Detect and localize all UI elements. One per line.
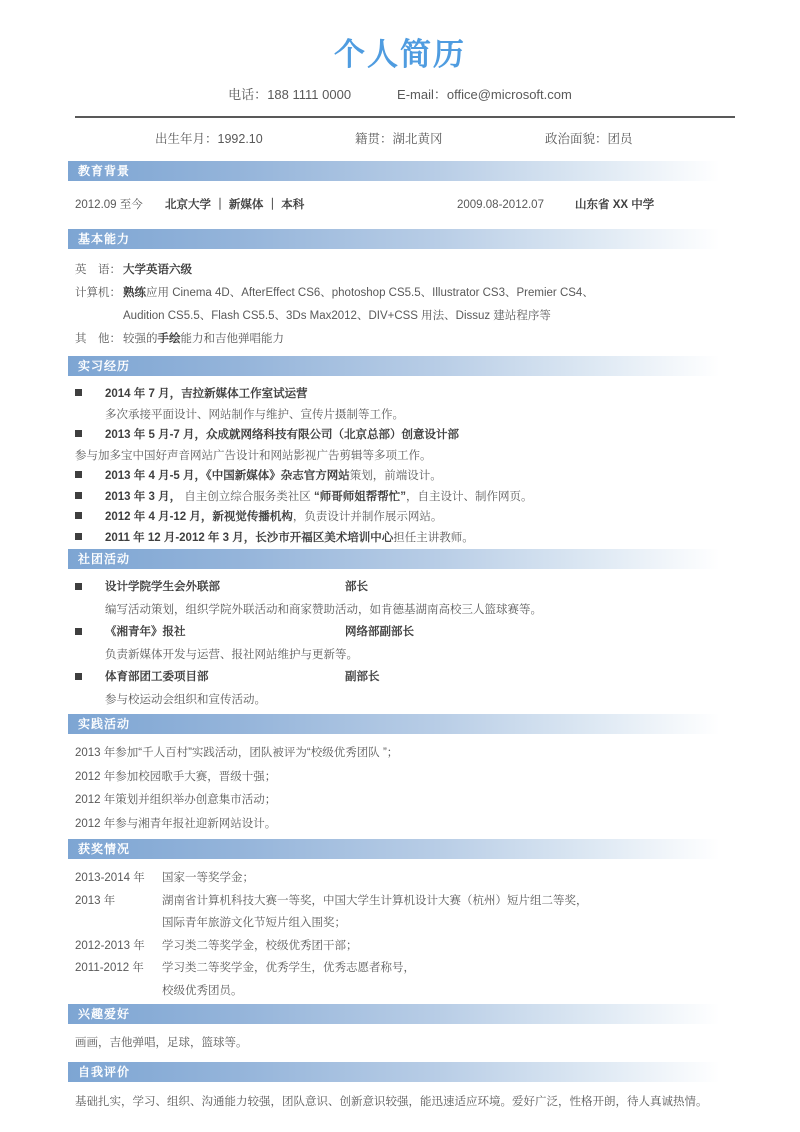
award-year-2: 2013 年 [75,890,162,935]
birth-value: 1992.10 [218,132,263,146]
skill-computer-bold: 熟练 [123,287,146,299]
internship-title-1: 2014 年 7 月，吉拉新媒体工作室试运营 [105,388,308,400]
section-header-practice: 实践活动 [68,714,740,734]
section-header-education: 教育背景 [68,161,740,181]
personal-info-row: 出生年月：1992.10 籍贯：湖北黄冈 政治面貌：团员 [155,130,740,148]
political-value: 团员 [608,132,633,146]
contact-row: 电话：188 1111 0000 E-mail：office@microsoft… [0,86,800,104]
origin-value: 湖北黄冈 [393,132,443,146]
club-name-3: 体育部团工委项目部 [105,666,345,689]
internship-item: 2014 年 7 月，吉拉新媒体工作室试运营 [75,384,738,405]
bullet-square-icon [75,583,82,590]
award-row: 2012-2013 年 学习类二等奖学金，校级优秀团干部； [75,935,738,958]
birth-label: 出生年月： [155,132,218,146]
internship-rest-3: 策划，前端设计。 [350,470,442,482]
section-header-self-eval: 自我评价 [68,1062,740,1082]
club-name-1: 设计学院学生会外联部 [105,576,345,599]
section-header-skills: 基本能力 [68,229,740,249]
education-row: 2012.09 至今 北京大学 ｜ 新媒体 ｜ 本科 2009.08-2012.… [75,195,738,215]
internship-title-5: 2012 年 4 月-12 月，新视觉传播机构 [105,511,293,523]
club-role-2: 网络部副部长 [345,621,414,644]
club-desc-3: 参与校运动会组织和宣传活动。 [75,689,738,712]
political-field: 政治面貌：团员 [545,130,633,148]
practice-line-4: 2012 年参与湘青年报社迎新网站设计。 [75,813,738,837]
skill-label-other: 其 他： [75,328,123,351]
club-item: 设计学院学生会外联部 部长 [75,576,738,599]
internship-title-6: 2011 年 12 月-2012 年 3 月，长沙市开福区美术培训中心 [105,532,393,544]
internship-text-4c: ，自主设计、制作网页。 [406,491,533,503]
award-text-2-line1: 湖南省计算机科技大赛一等奖，中国大学生计算机设计大赛（杭州）短片组二等奖， [162,895,588,907]
club-role-1: 部长 [345,576,368,599]
internship-item: 2013 年 5 月-7 月，众成就网络科技有限公司（北京总部）创意设计部 [75,425,738,446]
award-year-1: 2013-2014 年 [75,867,162,890]
skill-other-pre: 较强的 [123,333,158,345]
practice-line-3: 2012 年策划并组织举办创意集市活动； [75,789,738,813]
awards-list: 2013-2014 年 国家一等奖学金； 2013 年 湖南省计算机科技大赛一等… [75,859,738,1002]
origin-label: 籍贯： [355,132,393,146]
practice-list: 2013 年参加“千人百村”实践活动，团队被评为“校级优秀团队 ”； 2012 … [75,734,738,836]
resume-page: 个人简历 电话：188 1111 0000 E-mail：office@micr… [0,0,800,1132]
skill-value-english: 大学英语六级 [123,259,738,282]
origin-field: 籍贯：湖北黄冈 [355,130,545,148]
internship-desc-1: 多次承接平面设计、网站制作与维护、宣传片摄制等工作。 [75,405,738,426]
hobbies-text: 画画，吉他弹唱，足球，篮球等。 [75,1024,738,1053]
internship-item: 2012 年 4 月-12 月，新视觉传播机构，负责设计并制作展示网站。 [75,507,738,528]
award-text-4-line2: 校级优秀团员。 [162,985,243,997]
skill-label-computer: 计算机： [75,282,123,328]
skill-row-english: 英 语： 大学英语六级 [75,259,738,282]
bullet-square-icon [75,389,82,396]
award-text-2-line2: 国际青年旅游文化节短片组入围奖； [162,917,346,929]
bullet-square-icon [75,512,82,519]
club-role-3: 副部长 [345,666,380,689]
club-name-2: 《湘青年》报社 [105,621,345,644]
page-title: 个人简历 [0,34,800,76]
header-divider [75,116,735,118]
skill-value-other: 较强的手绘能力和吉他弹唱能力 [123,328,738,351]
club-desc-2: 负责新媒体开发与运营、报社网站维护与更新等。 [75,644,738,667]
section-header-hobbies: 兴趣爱好 [68,1004,740,1024]
skills-block: 英 语： 大学英语六级 计算机： 熟练应用 Cinema 4D、AfterEff… [75,249,738,351]
award-text-4: 学习类二等奖学金，优秀学生，优秀志愿者称号， 校级优秀团员。 [162,957,738,1002]
internship-rest-6: 担任主讲教师。 [393,532,474,544]
practice-line-1: 2013 年参加“千人百村”实践活动，团队被评为“校级优秀团队 ”； [75,742,738,766]
award-row: 2013-2014 年 国家一等奖学金； [75,867,738,890]
email-field: E-mail：office@microsoft.com [397,86,572,104]
internship-desc-2: 参与加多宝中国好声音网站广告设计和网站影视广告剪辑等多项工作。 [75,446,738,467]
internship-title-3: 2013 年 4 月-5 月，《中国新媒体》杂志官方网站 [105,470,350,482]
education-school-1: 北京大学 ｜ 新媒体 ｜ 本科 [165,195,457,215]
skill-computer-line1: 应用 Cinema 4D、AfterEffect CS6、photoshop C… [146,287,594,299]
skill-row-computer: 计算机： 熟练应用 Cinema 4D、AfterEffect CS6、phot… [75,282,738,328]
email-value: office@microsoft.com [447,87,572,102]
internship-bold-4b: “师哥师姐帮帮忙” [314,491,406,503]
club-item: 《湘青年》报社 网络部副部长 [75,621,738,644]
award-year-3: 2012-2013 年 [75,935,162,958]
clubs-list: 设计学院学生会外联部 部长 编写活动策划，组织学院外联活动和商家赞助活动，如肯德… [75,569,738,711]
skill-label-english: 英 语： [75,259,123,282]
section-header-internship: 实习经历 [68,356,740,376]
award-year-4: 2011-2012 年 [75,957,162,1002]
award-text-4-line1: 学习类二等奖学金，优秀学生，优秀志愿者称号， [162,962,415,974]
phone-value: 188 1111 0000 [267,87,351,102]
internship-title-4: 2013 年 3 月， [105,491,181,503]
internship-item: 2011 年 12 月-2012 年 3 月，长沙市开福区美术培训中心担任主讲教… [75,528,738,549]
section-header-clubs: 社团活动 [68,549,740,569]
skill-value-computer: 熟练应用 Cinema 4D、AfterEffect CS6、photoshop… [123,282,738,328]
bullet-square-icon [75,430,82,437]
birth-field: 出生年月：1992.10 [155,130,355,148]
phone-label: 电话： [228,87,267,102]
political-label: 政治面貌： [545,132,608,146]
internship-text-4a: 自主创立综合服务类社区 [181,491,314,503]
practice-line-2: 2012 年参加校园歌手大赛，晋级十强； [75,766,738,790]
education-period-1: 2012.09 至今 [75,195,165,215]
section-header-awards: 获奖情况 [68,839,740,859]
bullet-square-icon [75,471,82,478]
bullet-square-icon [75,492,82,499]
club-desc-1: 编写活动策划，组织学院外联活动和商家赞助活动，如肯德基湖南高校三人篮球赛等。 [75,599,738,622]
award-text-1: 国家一等奖学金； [162,867,738,890]
education-period-2: 2009.08-2012.07 [457,195,575,215]
skill-row-other: 其 他： 较强的手绘能力和吉他弹唱能力 [75,328,738,351]
club-item: 体育部团工委项目部 副部长 [75,666,738,689]
award-text-2: 湖南省计算机科技大赛一等奖，中国大学生计算机设计大赛（杭州）短片组二等奖， 国际… [162,890,738,935]
skill-computer-line2: Audition CS5.5、Flash CS5.5、3Ds Max2012、D… [123,310,551,322]
skill-other-bold: 手绘 [158,333,181,345]
internship-item: 2013 年 4 月-5 月，《中国新媒体》杂志官方网站策划，前端设计。 [75,466,738,487]
phone-field: 电话：188 1111 0000 [228,86,351,104]
bullet-square-icon [75,628,82,635]
internship-list: 2014 年 7 月，吉拉新媒体工作室试运营 多次承接平面设计、网站制作与维护、… [75,376,738,548]
internship-rest-5: ，负责设计并制作展示网站。 [293,511,443,523]
bullet-square-icon [75,673,82,680]
self-eval-text: 基础扎实，学习、组织、沟通能力较强，团队意识、创新意识较强，能迅速适应环境。爱好… [75,1082,738,1112]
award-text-3: 学习类二等奖学金，校级优秀团干部； [162,935,738,958]
bullet-square-icon [75,533,82,540]
email-label: E-mail： [397,87,447,102]
award-row: 2013 年 湖南省计算机科技大赛一等奖，中国大学生计算机设计大赛（杭州）短片组… [75,890,738,935]
internship-item: 2013 年 3 月， 自主创立综合服务类社区 “师哥师姐帮帮忙”，自主设计、制… [75,487,738,508]
internship-title-2: 2013 年 5 月-7 月，众成就网络科技有限公司（北京总部）创意设计部 [105,429,459,441]
award-row: 2011-2012 年 学习类二等奖学金，优秀学生，优秀志愿者称号， 校级优秀团… [75,957,738,1002]
education-school-2: 山东省 XX 中学 [575,195,654,215]
skill-other-post: 能力和吉他弹唱能力 [181,333,285,345]
